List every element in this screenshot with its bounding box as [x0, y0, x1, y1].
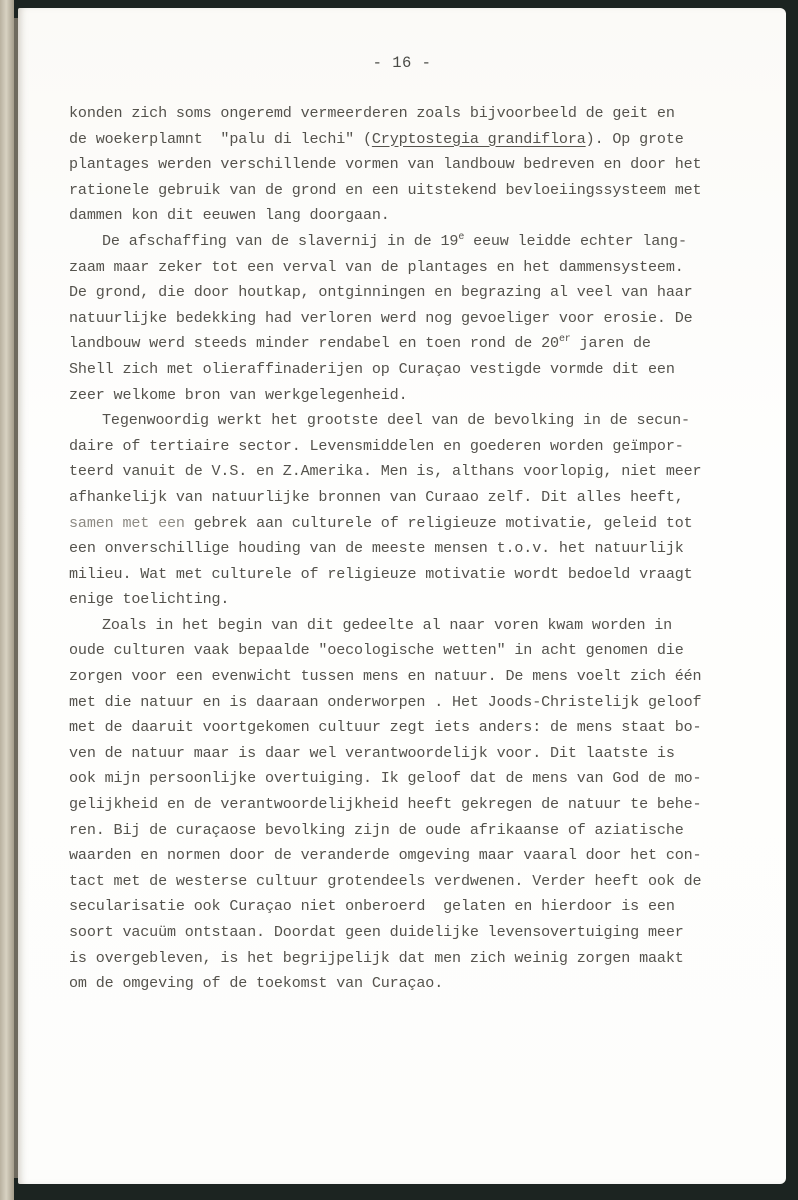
text-line: Zoals in het begin van dit gedeelte al n… — [69, 613, 689, 639]
text-segment: ). Op grote — [586, 130, 684, 148]
superscript: er — [559, 334, 571, 345]
text-line: dammen kon dit eeuwen lang doorgaan. — [69, 203, 689, 229]
typewritten-page: - 16 - konden zich soms ongeremd vermeer… — [18, 8, 786, 1184]
text-line: zeer welkome bron van werkgelegenheid. — [69, 383, 689, 409]
text-line: secularisatie ook Curaçao niet onberoerd… — [69, 894, 689, 920]
text-line: De afschaffing van de slavernij in de 19… — [69, 229, 689, 255]
text-line: rationele gebruik van de grond en een ui… — [69, 178, 689, 204]
text-line: natuurlijke bedekking had verloren werd … — [69, 306, 689, 332]
text-line: teerd vanuit de V.S. en Z.Amerika. Men i… — [69, 459, 689, 485]
text-line: plantages werden verschillende vormen va… — [69, 152, 689, 178]
text-line: samen met een gebrek aan culturele of re… — [69, 511, 689, 537]
text-line: De grond, die door houtkap, ontginningen… — [69, 280, 689, 306]
text-line: met die natuur en is daaraan onderworpen… — [69, 690, 689, 716]
text-segment: de woekerplamnt "palu di lechi" ( — [69, 130, 372, 148]
text-line: de woekerplamnt "palu di lechi" (Cryptos… — [69, 127, 689, 153]
text-line: enige toelichting. — [69, 587, 689, 613]
text-line: ven de natuur maar is daar wel verantwoo… — [69, 741, 689, 767]
paragraph-3: Tegenwoordig werkt het grootste deel van… — [69, 408, 689, 613]
text-segment: eeuw leidde echter lang- — [464, 232, 687, 250]
text-line: om de omgeving of de toekomst van Curaça… — [69, 971, 689, 997]
text-line: zaam maar zeker tot een verval van de pl… — [69, 255, 689, 281]
text-line: ook mijn persoonlijke overtuiging. Ik ge… — [69, 766, 689, 792]
text-line: ren. Bij de curaçaose bevolking zijn de … — [69, 818, 689, 844]
page-body: konden zich soms ongeremd vermeerderen z… — [69, 101, 689, 997]
book-binding — [0, 0, 14, 1200]
text-line: met de daaruit voortgekomen cultuur zegt… — [69, 715, 689, 741]
text-line: daire of tertiaire sector. Levensmiddele… — [69, 434, 689, 460]
text-line: waarden en normen door de veranderde omg… — [69, 843, 689, 869]
text-line: afhankelijk van natuurlijke bronnen van … — [69, 485, 689, 511]
text-segment: gebrek aan culturele of religieuze motiv… — [185, 514, 693, 532]
text-segment: jaren de — [571, 334, 651, 352]
scientific-name: Cryptostegia grandiflora — [372, 130, 586, 148]
text-segment: De afschaffing van de slavernij in de 19 — [102, 232, 458, 250]
text-line: konden zich soms ongeremd vermeerderen z… — [69, 101, 689, 127]
text-line: is overgebleven, is het begrijpelijk dat… — [69, 946, 689, 972]
text-line: oude culturen vaak bepaalde "oecologisch… — [69, 638, 689, 664]
text-line: Tegenwoordig werkt het grootste deel van… — [69, 408, 689, 434]
paragraph-4: Zoals in het begin van dit gedeelte al n… — [69, 613, 689, 997]
page-number: - 16 - — [18, 54, 786, 72]
paragraph-1: konden zich soms ongeremd vermeerderen z… — [69, 101, 689, 229]
paragraph-2: De afschaffing van de slavernij in de 19… — [69, 229, 689, 408]
text-line: zorgen voor een evenwicht tussen mens en… — [69, 664, 689, 690]
text-line: tact met de westerse cultuur grotendeels… — [69, 869, 689, 895]
text-line: gelijkheid en de verantwoordelijkheid he… — [69, 792, 689, 818]
text-segment: landbouw werd steeds minder rendabel en … — [69, 334, 559, 352]
text-line: een onverschillige houding van de meeste… — [69, 536, 689, 562]
text-line: soort vacuüm ontstaan. Doordat geen duid… — [69, 920, 689, 946]
text-line: milieu. Wat met culturele of religieuze … — [69, 562, 689, 588]
text-line: landbouw werd steeds minder rendabel en … — [69, 331, 689, 357]
text-line: Shell zich met olieraffinaderijen op Cur… — [69, 357, 689, 383]
faint-text-segment: samen met een — [69, 514, 185, 532]
